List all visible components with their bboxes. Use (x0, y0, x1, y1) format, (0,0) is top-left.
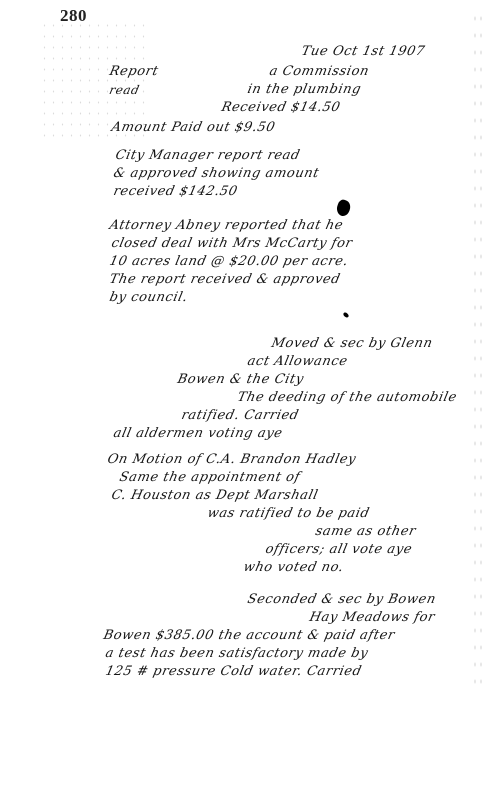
text-line: Same the appointment of (118, 470, 302, 485)
text-line: ratified. Carried (180, 408, 300, 423)
margin-label-read: read (108, 83, 141, 97)
text-line: Moved & sec by Glenn (270, 336, 434, 351)
text-line: act Allowance (246, 354, 349, 369)
text-line: officers; all vote aye (264, 542, 414, 557)
text-line: The deeding of the automobile (236, 390, 458, 405)
margin-label-report: Report (108, 64, 160, 79)
text-line: Bowen $385.00 the account & paid after (102, 628, 396, 643)
ink-blot (335, 198, 353, 217)
text-line: 10 acres land @ $20.00 per acre. (108, 254, 350, 269)
text-line: & approved showing amount (112, 166, 321, 181)
text-line: Amount Paid out $9.50 (110, 120, 277, 135)
text-line: On Motion of C.A. Brandon Hadley (106, 452, 358, 467)
text-line: Attorney Abney reported that he (108, 218, 345, 233)
paper-edge-speckle (472, 10, 482, 690)
document-page: 280 Tue Oct 1st 1907 Report read a Commi… (0, 0, 486, 800)
date-line: Tue Oct 1st 1907 (300, 44, 426, 59)
text-line: was ratified to be paid (206, 506, 371, 521)
text-line: a test has been satisfactory made by (104, 646, 370, 661)
text-line: received $142.50 (112, 184, 239, 199)
ink-mark (342, 312, 349, 319)
text-line: City Manager report read (114, 148, 302, 163)
text-line: The report received & approved (108, 272, 342, 287)
text-line: same as other (314, 524, 417, 539)
text-line: 125 # pressure Cold water. Carried (104, 664, 363, 679)
text-line: who voted no. (242, 560, 345, 575)
text-line: a Commission (268, 64, 371, 79)
text-line: Received $14.50 (220, 100, 342, 115)
text-line: Bowen & the City (176, 372, 305, 387)
text-line: by council. (108, 290, 189, 305)
text-line: C. Houston as Dept Marshall (110, 488, 320, 503)
text-line: in the plumbing (246, 82, 363, 97)
text-line: Seconded & sec by Bowen (246, 592, 437, 607)
page-number: 280 (60, 6, 87, 26)
text-line: closed deal with Mrs McCarty for (110, 236, 354, 251)
text-line: Hay Meadows for (308, 610, 436, 625)
text-line: all aldermen voting aye (112, 426, 284, 441)
